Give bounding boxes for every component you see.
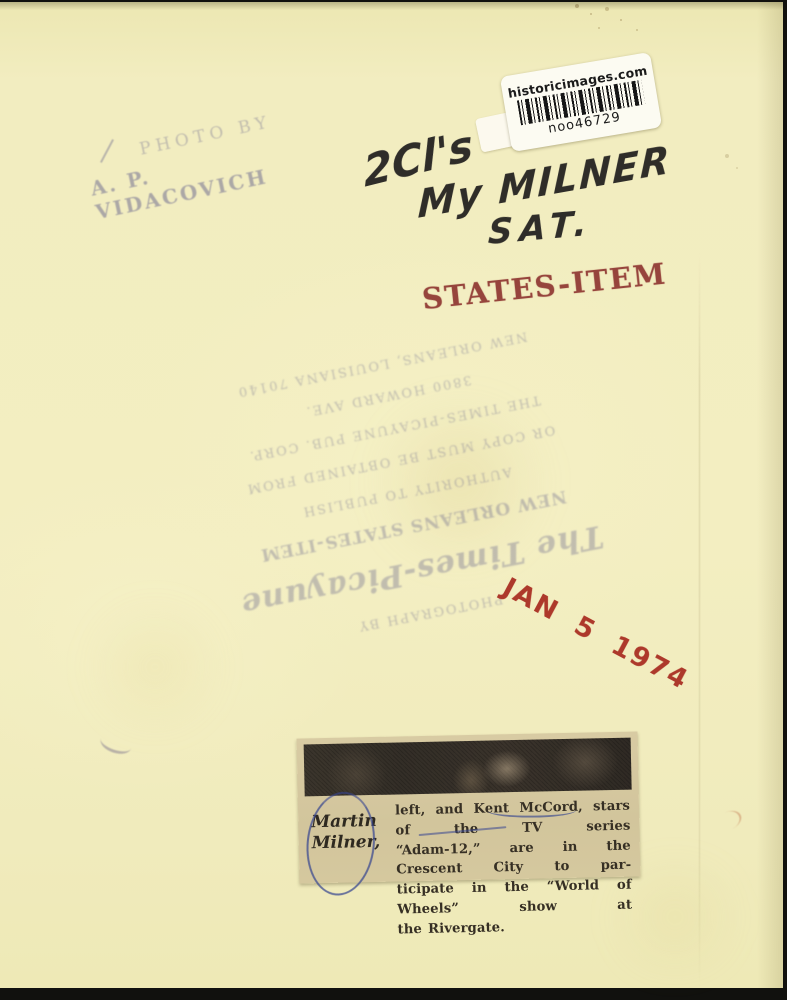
- barcode-sticker: historicimages.com noo46729: [500, 52, 662, 152]
- agency-stamp-line: PHOTOGRAPH BY: [356, 591, 504, 634]
- caption-text-line: ticipate in the “World of Wheels” show a…: [397, 876, 633, 921]
- photographer-stamp: PHOTO BY A. P. VIDACOVICH: [83, 102, 333, 224]
- ink-smudge: [98, 730, 134, 758]
- ink-smudge: [712, 807, 745, 835]
- paper-crease: [699, 252, 700, 988]
- caption-text-line: the Rivergate.: [397, 915, 632, 940]
- photo-verso-paper: historicimages.com noo46729 PHOTO BY A. …: [0, 2, 783, 988]
- caption-text-line: “Adam-12,” are in the Crescent City to p…: [396, 836, 632, 881]
- clipping-halftone-photo: [304, 738, 632, 797]
- date-received-stamp: JAN 5 1974: [497, 572, 694, 696]
- handwritten-note-line3: SAT.: [487, 203, 595, 253]
- newspaper-clipping: Martin Milner, left, and Kent McCord, st…: [297, 731, 641, 883]
- scan-edge-top: [0, 2, 783, 10]
- states-item-stamp: STATES-ITEM: [420, 257, 668, 316]
- scan-edge-right: [757, 2, 783, 988]
